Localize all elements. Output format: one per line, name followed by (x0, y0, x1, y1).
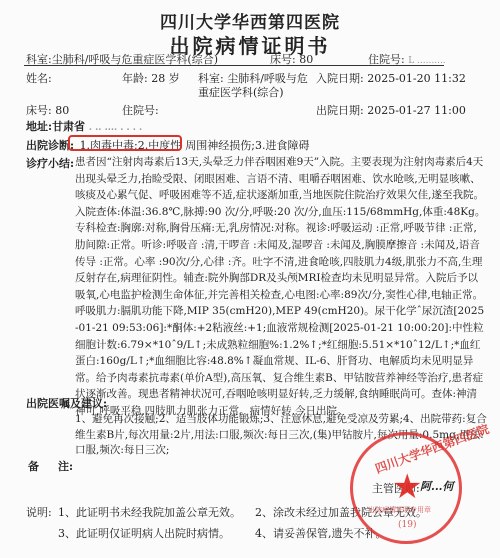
remarks-label-a: 备 (28, 458, 39, 474)
discharge-value: 2025-01-27 11:00 (367, 104, 466, 117)
admit-label: 入院日期: (316, 72, 364, 85)
admit-value: 2025-01-20 11:32 (367, 72, 466, 85)
age-label: 年龄: (122, 72, 148, 85)
age-field: 年龄: 28 岁 (122, 70, 180, 86)
note-item-1: 1、此证明书未经我院加盖公章无效。 (58, 504, 241, 520)
address-field: 地址:甘肃省 . .. .... . . . . (26, 118, 142, 134)
diagnosis-rest: 周围神经损伤;3.进食障碍 (185, 139, 309, 152)
bed-label: 床号: (26, 104, 52, 117)
redacted-address: . .. .... . . . . (89, 123, 142, 133)
remarks-label-b: 注: (58, 458, 73, 474)
discharge-label: 出院日期: (316, 104, 364, 117)
summary-label: 诊疗小结: (26, 155, 74, 171)
address-value: 甘肃省 (52, 120, 85, 133)
diagnosis-label: 出院诊断: (26, 139, 74, 152)
address-label: 地址: (26, 120, 52, 133)
inpatient-label: 住院号: (122, 104, 159, 117)
note-item-3: 3、此证明仅证明病人出院时病情。 (58, 525, 230, 541)
bed-field: 床号: 80 (26, 102, 69, 118)
notes-label: 说明: (26, 504, 52, 520)
diagnosis-highlight-box (68, 135, 182, 151)
discharge-date-field: 出院日期: 2025-01-27 11:00 (316, 102, 466, 118)
name-label: 姓名: (26, 72, 52, 85)
admit-date-field: 入院日期: 2025-01-20 11:32 (316, 70, 466, 86)
stamp-subtext: 出院病情证明专用章 (368, 505, 431, 515)
stamp-star-icon: ★ (392, 470, 422, 504)
bed-value: 80 (55, 104, 69, 117)
stamp-number: (19) (398, 520, 416, 530)
name-field: 姓名: (26, 70, 52, 86)
header-divider (24, 65, 444, 66)
age-value: 28 岁 (151, 72, 180, 85)
advice-label: 出院医嘱及建议: (26, 395, 107, 411)
inpatient-field: 住院号: (122, 102, 159, 118)
summary-text: 患者因“注射肉毒素后13天,头晕乏力伴吞咽困难9天”入院。主要表现为注射肉毒素后… (75, 154, 487, 420)
dept-value-line2: 重症医学科(综合) (198, 84, 284, 100)
